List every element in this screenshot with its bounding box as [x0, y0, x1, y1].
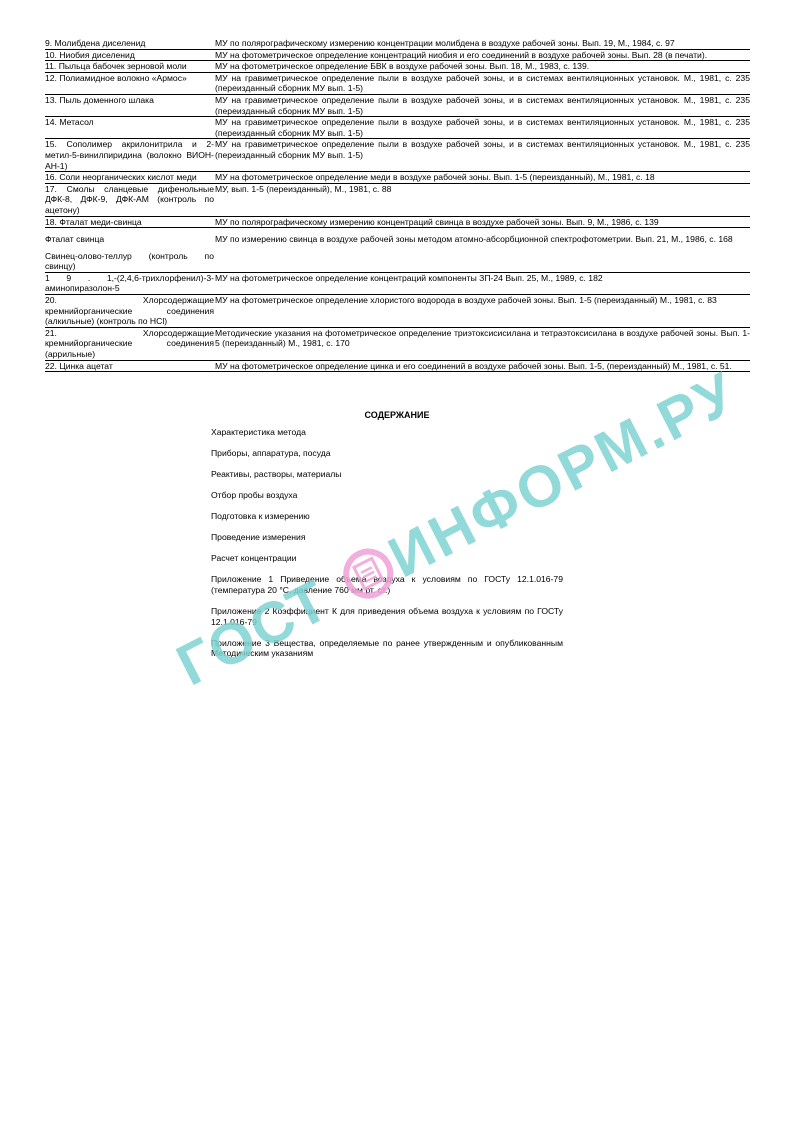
- table-row: 11. Пыльца бабочек зерновой молиМУ на фо…: [45, 61, 750, 73]
- toc-item: Приложение 3 Вещества, определяемые по р…: [211, 638, 563, 659]
- method-reference: МУ, вып. 1-5 (переизданный), М., 1981, с…: [215, 183, 750, 216]
- table-row: 10. Ниобия диселенидМУ на фотометрическо…: [45, 49, 750, 61]
- substance-name: 9. Молибдена диселенид: [45, 38, 215, 49]
- toc-item: Проведение измерения: [211, 532, 563, 543]
- toc-item: Расчет концентрации: [211, 553, 563, 564]
- method-reference: МУ по измерению свинца в воздухе рабочей…: [215, 228, 750, 245]
- toc-title: СОДЕРЖАНИЕ: [211, 410, 563, 421]
- substance-name: 14. Метасол: [45, 117, 215, 139]
- method-reference: МУ на фотометрическое определение БВК в …: [215, 61, 750, 73]
- method-reference: МУ на фотометрическое определение меди в…: [215, 172, 750, 184]
- method-reference: МУ на фотометрическое определение хлорис…: [215, 295, 750, 328]
- method-reference: МУ на гравиметрическое определение пыли …: [215, 72, 750, 94]
- method-reference: Методические указания на фотометрическое…: [215, 327, 750, 360]
- toc-item: Подготовка к измерению: [211, 511, 563, 522]
- table-row: 14. МетасолМУ на гравиметрическое опреде…: [45, 117, 750, 139]
- substance-name: 16. Соли неорганических кислот меди: [45, 172, 215, 184]
- method-reference: МУ по полярографическому измерению конце…: [215, 38, 750, 49]
- toc-item: Приложение 2 Коэффициент К для приведени…: [211, 606, 563, 627]
- substance-name: 11. Пыльца бабочек зерновой моли: [45, 61, 215, 73]
- table-row: 21. Хлорсодержащие кремнийорганические с…: [45, 327, 750, 360]
- method-reference: МУ на фотометрическое определение цинка …: [215, 360, 750, 372]
- table-row: 20. Хлорсодержащие кремнийорганические с…: [45, 295, 750, 328]
- method-reference: МУ на гравиметрическое определение пыли …: [215, 139, 750, 172]
- table-row: 16. Соли неорганических кислот медиМУ на…: [45, 172, 750, 184]
- table-row: 15. Сополимер акрилонитрила и 2-метил-5-…: [45, 139, 750, 172]
- substance-name: 22. Цинка ацетат: [45, 360, 215, 372]
- method-reference: МУ по полярографическому измерению конце…: [215, 216, 750, 228]
- substance-name: 15. Сополимер акрилонитрила и 2-метил-5-…: [45, 139, 215, 172]
- table-row: 12. Полиамидное волокно «Армос»МУ на гра…: [45, 72, 750, 94]
- substance-name: 13. Пыль доменного шлака: [45, 94, 215, 116]
- document-page: 9. Молибдена диселенидМУ по полярографич…: [0, 0, 794, 1123]
- substance-name: Свинец-олово-теллур (контроль по свинцу): [45, 245, 215, 273]
- method-reference: МУ на гравиметрическое определение пыли …: [215, 117, 750, 139]
- toc-item: Приложение 1 Приведение объема воздуха к…: [211, 574, 563, 595]
- substance-name: 18. Фталат меди-свинца: [45, 216, 215, 228]
- method-reference: [215, 245, 750, 273]
- substance-name: Фталат свинца: [45, 228, 215, 245]
- table-row: 9. Молибдена диселенидМУ по полярографич…: [45, 38, 750, 49]
- toc-item: Приборы, аппаратура, посуда: [211, 448, 563, 459]
- table-row: 22. Цинка ацетатМУ на фотометрическое оп…: [45, 360, 750, 372]
- method-reference: МУ на фотометрическое определение концен…: [215, 272, 750, 294]
- substance-name: 20. Хлорсодержащие кремнийорганические с…: [45, 295, 215, 328]
- table-of-contents: СОДЕРЖАНИЕ Характеристика методаПриборы,…: [211, 410, 563, 669]
- substance-name: 1 9 . 1,-(2,4,6-трихлорфенил)-3-аминопир…: [45, 272, 215, 294]
- method-reference: МУ на фотометрическое определение концен…: [215, 49, 750, 61]
- substance-name: 17. Смолы сланцевые дифенольные ДФК-8, Д…: [45, 183, 215, 216]
- substance-name: 12. Полиамидное волокно «Армос»: [45, 72, 215, 94]
- table-row: 1 9 . 1,-(2,4,6-трихлорфенил)-3-аминопир…: [45, 272, 750, 294]
- toc-item: Реактивы, растворы, материалы: [211, 469, 563, 480]
- table-row: 18. Фталат меди-свинцаМУ по полярографич…: [45, 216, 750, 228]
- table-row: 17. Смолы сланцевые дифенольные ДФК-8, Д…: [45, 183, 750, 216]
- table-row: Фталат свинцаМУ по измерению свинца в во…: [45, 228, 750, 245]
- substances-table: 9. Молибдена диселенидМУ по полярографич…: [45, 38, 750, 372]
- substance-name: 21. Хлорсодержащие кремнийорганические с…: [45, 327, 215, 360]
- toc-item: Отбор пробы воздуха: [211, 490, 563, 501]
- substance-name: 10. Ниобия диселенид: [45, 49, 215, 61]
- table-row: Свинец-олово-теллур (контроль по свинцу): [45, 245, 750, 273]
- table-row: 13. Пыль доменного шлакаМУ на гравиметри…: [45, 94, 750, 116]
- toc-item: Характеристика метода: [211, 427, 563, 438]
- method-reference: МУ на гравиметрическое определение пыли …: [215, 94, 750, 116]
